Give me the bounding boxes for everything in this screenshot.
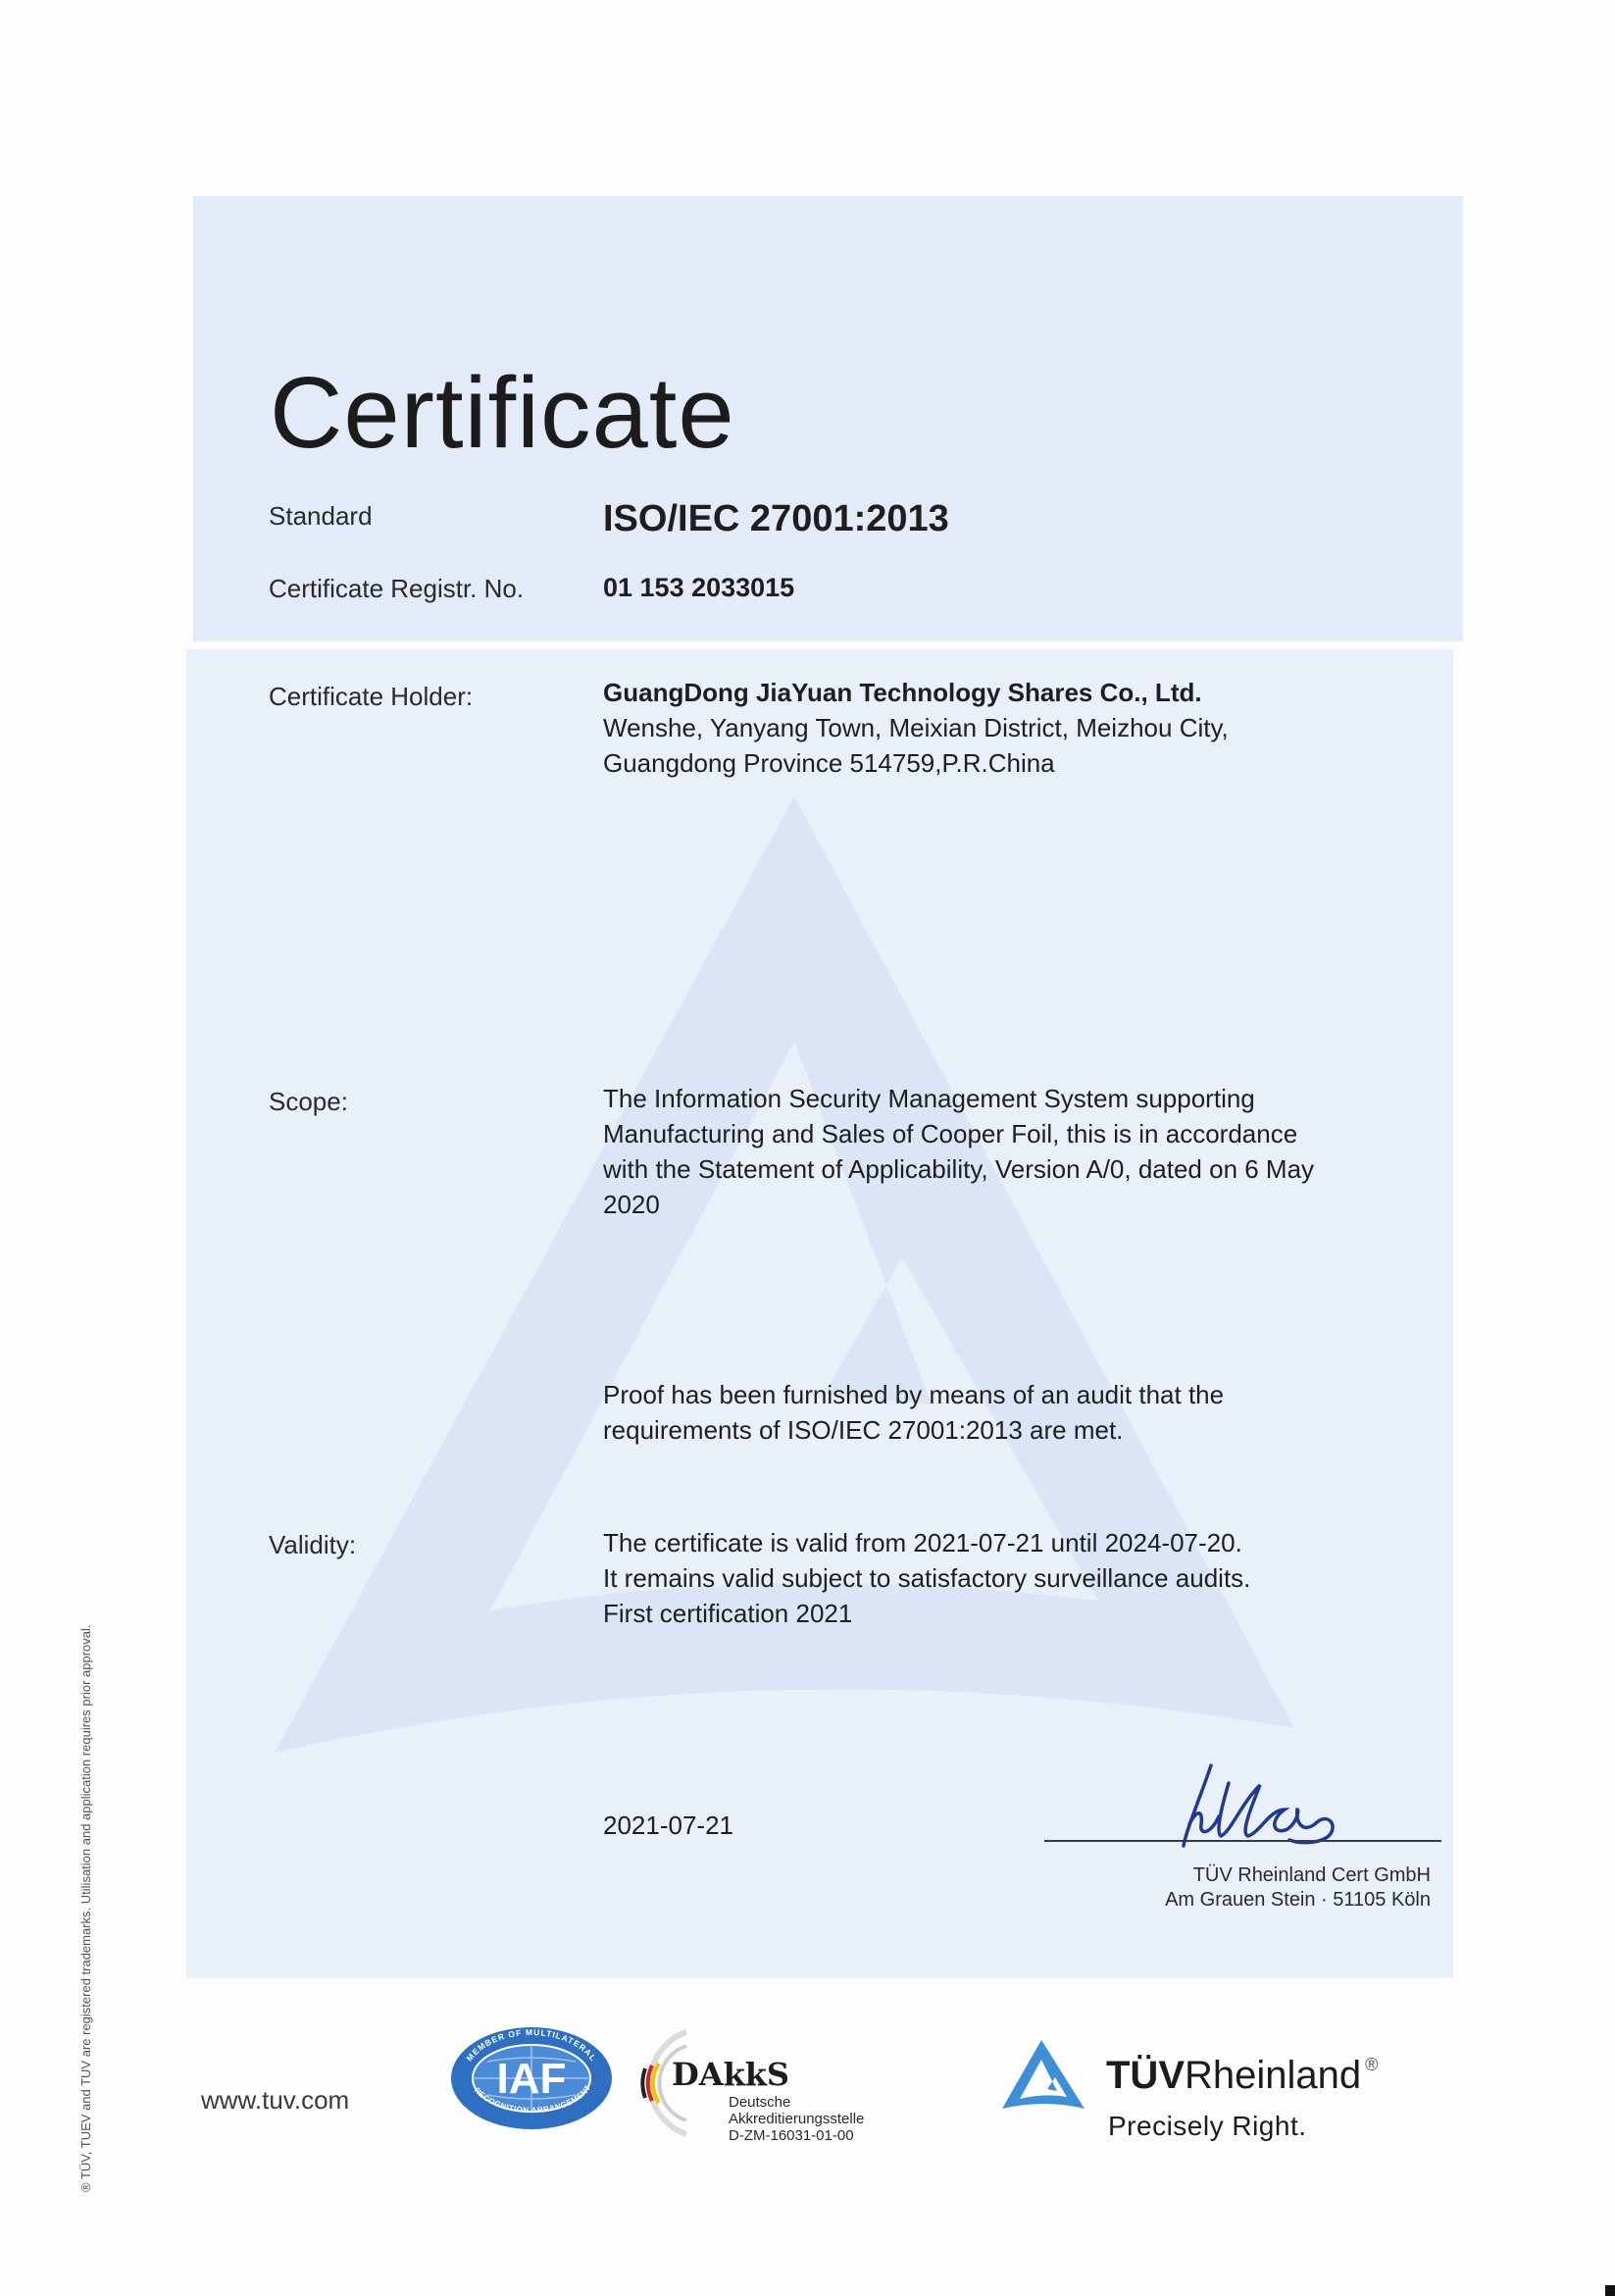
iaf-logo-icon: IAF MEMBER OF MULTILATERAL RECOGNITION A… xyxy=(448,2024,615,2132)
holder-address-line: Wenshe, Yanyang Town, Meixian District, … xyxy=(603,710,1229,745)
tuv-tagline: Precisely Right. xyxy=(1108,2111,1307,2142)
holder-block: GuangDong JiaYuan Technology Shares Co.,… xyxy=(603,675,1229,781)
dakks-accreditation-number: D-ZM-16031-01-00 xyxy=(729,2127,864,2144)
registration-number: 01 153 2033015 xyxy=(603,575,794,601)
tuv-brand-bold: TÜV xyxy=(1106,2054,1185,2097)
validity-text: The certificate is valid from 2021-07-21… xyxy=(603,1525,1250,1631)
registered-mark: ® xyxy=(1365,2055,1378,2074)
scope-line: 2020 xyxy=(603,1187,1314,1222)
scope-line: The Information Security Management Syst… xyxy=(603,1081,1314,1116)
validity-label: Validity: xyxy=(269,1532,356,1557)
scan-edge-mark xyxy=(1605,2285,1615,2296)
standard-value: ISO/IEC 27001:2013 xyxy=(603,500,949,537)
proof-line: requirements of ISO/IEC 27001:2013 are m… xyxy=(603,1412,1224,1448)
dakks-line: Deutsche xyxy=(729,2094,864,2111)
validity-line: The certificate is valid from 2021-07-21… xyxy=(603,1525,1250,1560)
holder-label: Certificate Holder: xyxy=(269,684,473,709)
dakks-subtitle: Deutsche Akkreditierungsstelle D-ZM-1603… xyxy=(729,2094,864,2144)
holder-address-line: Guangdong Province 514759,P.R.China xyxy=(603,745,1229,781)
tuv-brand: TÜVRheinland® xyxy=(1106,2056,1378,2095)
dakks-name: DAkkS xyxy=(672,2056,789,2093)
issuer-name: TÜV Rheinland Cert GmbH xyxy=(1165,1863,1431,1888)
scope-label: Scope: xyxy=(269,1089,348,1114)
holder-name: GuangDong JiaYuan Technology Shares Co.,… xyxy=(603,675,1229,710)
proof-line: Proof has been furnished by means of an … xyxy=(603,1377,1224,1412)
trademark-side-note: ® TÜV, TUEV and TUV are registered trade… xyxy=(78,1625,93,2193)
scope-line: with the Statement of Applicability, Ver… xyxy=(603,1151,1314,1187)
scope-line: Manufacturing and Sales of Cooper Foil, … xyxy=(603,1116,1314,1151)
tuv-brand-regular: Rheinland xyxy=(1185,2054,1361,2097)
issuer-block: TÜV Rheinland Cert GmbH Am Grauen Stein … xyxy=(1165,1863,1431,1913)
validity-line: First certification 2021 xyxy=(603,1596,1250,1631)
dakks-line: Akkreditierungsstelle xyxy=(729,2111,864,2127)
signature-icon xyxy=(1172,1756,1407,1854)
signature-line xyxy=(1044,1840,1441,1842)
website-link[interactable]: www.tuv.com xyxy=(201,2085,349,2116)
validity-line: It remains valid subject to satisfactory… xyxy=(603,1560,1250,1596)
issuer-address: Am Grauen Stein · 51105 Köln xyxy=(1165,1888,1431,1913)
scope-text: The Information Security Management Syst… xyxy=(603,1081,1314,1222)
registration-label: Certificate Registr. No. xyxy=(269,576,524,601)
issue-date: 2021-07-21 xyxy=(603,1808,733,1843)
tuv-triangle-icon xyxy=(1000,2038,1088,2115)
proof-text: Proof has been furnished by means of an … xyxy=(603,1377,1224,1448)
standard-label: Standard xyxy=(269,503,373,529)
svg-text:IAF: IAF xyxy=(497,2055,567,2103)
certificate-title: Certificate xyxy=(270,362,735,463)
